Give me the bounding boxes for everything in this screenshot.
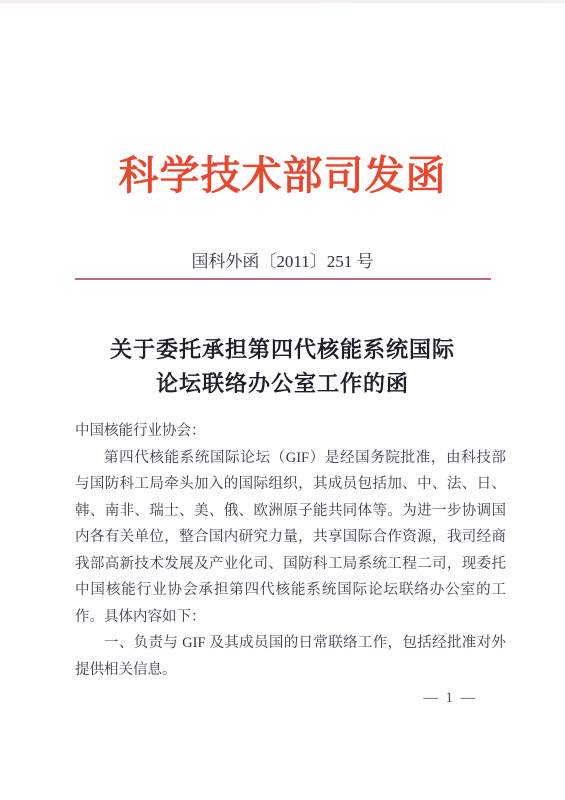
letterhead-divider-rule xyxy=(75,278,491,280)
document-number: 国科外函〔2011〕251 号 xyxy=(0,252,565,272)
salutation: 中国核能行业协会： xyxy=(75,418,506,445)
letter-body: 中国核能行业协会： 第四代核能系统国际论坛（GIF）是经国务院批准，由科技部 与… xyxy=(75,418,506,683)
body-line: 提供相关信息。 xyxy=(75,657,506,684)
letterhead-title: 科学技术部司发函 xyxy=(0,0,565,200)
body-line: 第四代核能系统国际论坛（GIF）是经国务院批准，由科技部 xyxy=(75,445,506,472)
body-line: 韩、南非、瑞士、美、俄、欧洲原子能共同体等。为进一步协调国 xyxy=(75,498,506,525)
body-line: 作。具体内容如下： xyxy=(75,604,506,631)
body-line: 内各有关单位，整合国内研究力量，共享国际合作资源，我司经商 xyxy=(75,524,506,551)
body-line: 中国核能行业协会承担第四代核能系统国际论坛联络办公室的工 xyxy=(75,577,506,604)
page-number: — 1 — xyxy=(424,690,478,707)
body-line: 与国防科工局牵头加入的国际组织，其成员包括加、中、法、日、 xyxy=(75,471,506,498)
body-line: 一、负责与 GIF 及其成员国的日常联络工作，包括经批准对外 xyxy=(75,630,506,657)
scan-edge-artifact xyxy=(0,0,565,3)
subject-title-line1: 关于委托承担第四代核能系统国际 xyxy=(0,333,565,367)
scanned-official-letter-page: 科学技术部司发函 国科外函〔2011〕251 号 关于委托承担第四代核能系统国际… xyxy=(0,0,565,800)
subject-title-line2: 论坛联络办公室工作的函 xyxy=(0,367,565,401)
subject-title: 关于委托承担第四代核能系统国际 论坛联络办公室工作的函 xyxy=(0,333,565,401)
body-line: 我部高新技术发展及产业化司、国防科工局系统工程二司，现委托 xyxy=(75,551,506,578)
